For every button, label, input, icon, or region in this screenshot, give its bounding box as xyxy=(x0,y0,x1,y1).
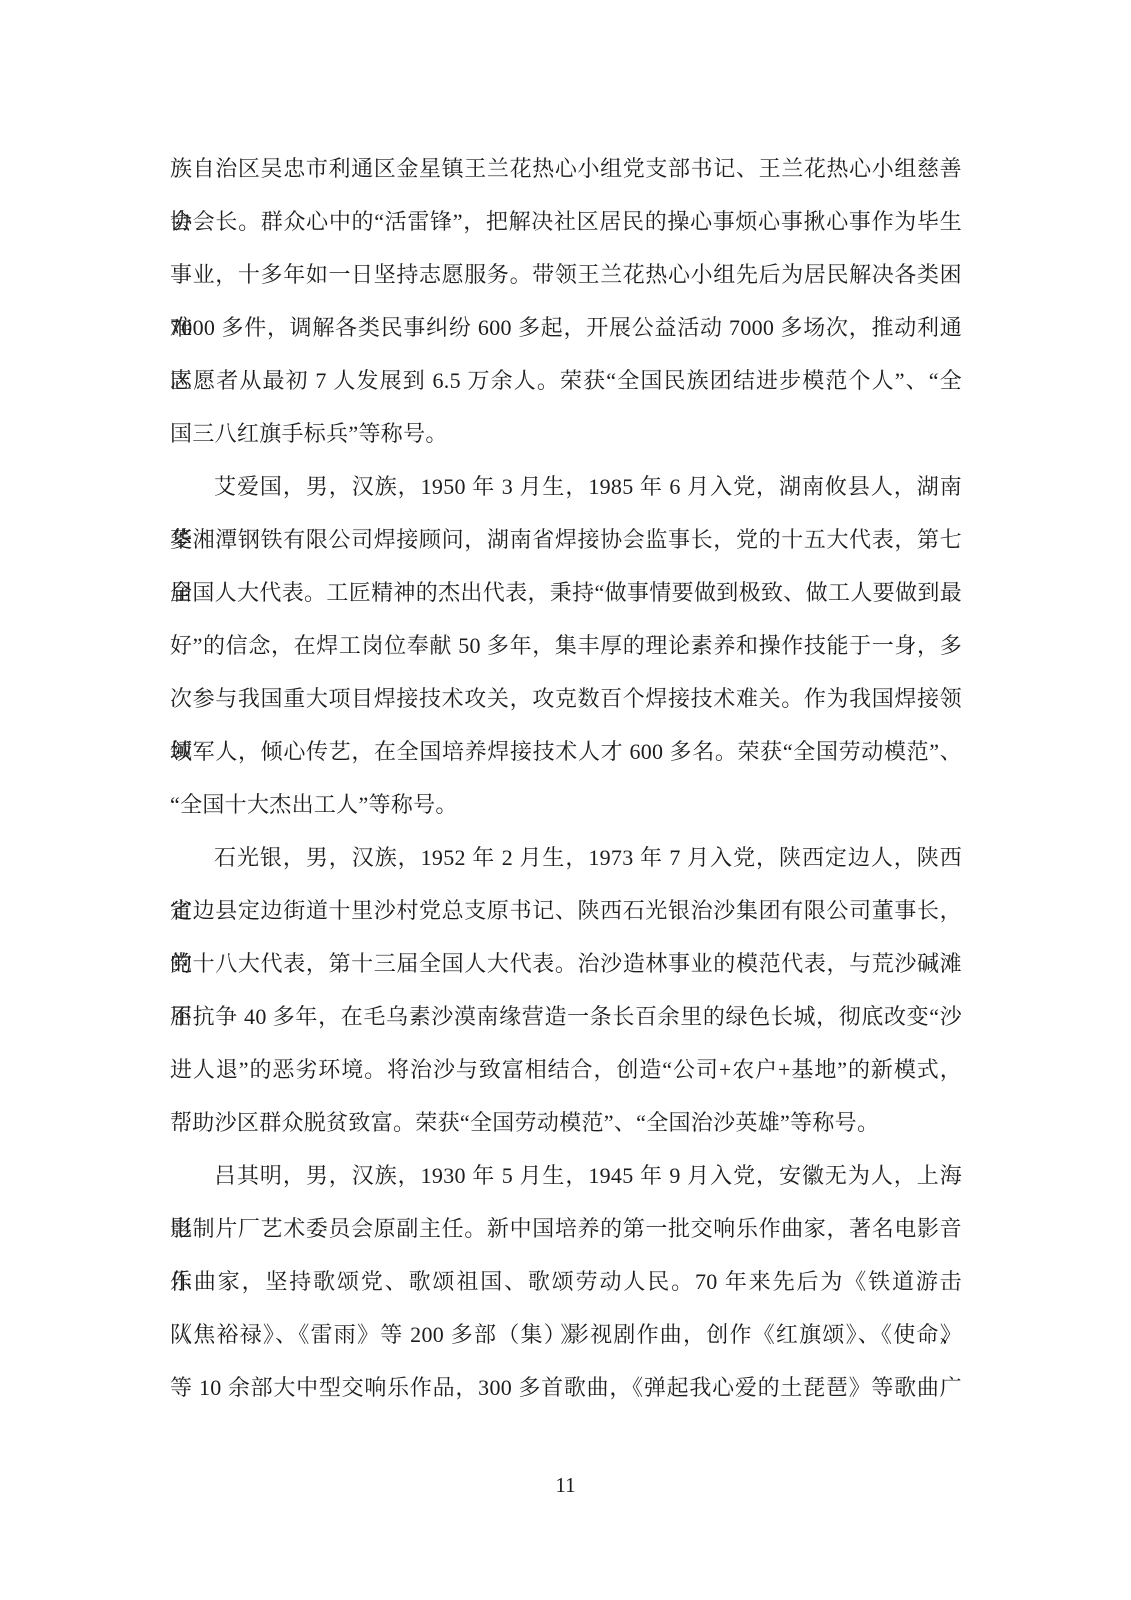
text-line: 志愿者从最初 7 人发展到 6.5 万余人。荣获“全国民族团结进步模范个人”、“… xyxy=(170,354,962,407)
text-line: 等 10 余部大中型交响乐作品，300 多首歌曲，《弹起我心爱的土琵琶》等歌曲广 xyxy=(170,1361,962,1414)
text-line: 国三八红旗手标兵”等称号。 xyxy=(170,407,962,460)
text-line: 影制片厂艺术委员会原副主任。新中国培养的第一批交响乐作曲家，著名电影音乐 xyxy=(170,1202,962,1255)
text-line: “全国十大杰出工人”等称号。 xyxy=(170,778,962,831)
page-number: 11 xyxy=(0,1472,1131,1498)
text-line: 吕其明，男，汉族，1930 年 5 月生，1945 年 9 月入党，安徽无为人，… xyxy=(170,1149,962,1202)
paragraph: 石光银，男，汉族，1952 年 2 月生，1973 年 7 月入党，陕西定边人，… xyxy=(170,831,962,1149)
document-body: 族自治区吴忠市利通区金星镇王兰花热心小组党支部书记、王兰花热心小组慈善协会会长。… xyxy=(170,142,962,1414)
text-line: 事业，十多年如一日坚持志愿服务。带领王兰花热心小组先后为居民解决各类困难 xyxy=(170,248,962,301)
text-line: 菱湘潭钢铁有限公司焊接顾问，湖南省焊接协会监事长，党的十五大代表，第七届 xyxy=(170,513,962,566)
paragraph: 族自治区吴忠市利通区金星镇王兰花热心小组党支部书记、王兰花热心小组慈善协会会长。… xyxy=(170,142,962,460)
paragraph: 艾爱国，男，汉族，1950 年 3 月生，1985 年 6 月入党，湖南攸县人，… xyxy=(170,460,962,831)
text-line: 领军人，倾心传艺，在全国培养焊接技术人才 600 多名。荣获“全国劳动模范”、 xyxy=(170,725,962,778)
text-line: 次参与我国重大项目焊接技术攻关，攻克数百个焊接技术难关。作为我国焊接领域 xyxy=(170,672,962,725)
text-line: 好”的信念，在焊工岗位奉献 50 多年，集丰厚的理论素养和操作技能于一身，多 xyxy=(170,619,962,672)
text-line: 帮助沙区群众脱贫致富。荣获“全国劳动模范”、“全国治沙英雄”等称号。 xyxy=(170,1096,962,1149)
text-line: 7000 多件，调解各类民事纠纷 600 多起，开展公益活动 7000 多场次，… xyxy=(170,301,962,354)
text-line: 族自治区吴忠市利通区金星镇王兰花热心小组党支部书记、王兰花热心小组慈善协 xyxy=(170,142,962,195)
document-page: 族自治区吴忠市利通区金星镇王兰花热心小组党支部书记、王兰花热心小组慈善协会会长。… xyxy=(0,0,1131,1600)
text-line: 《焦裕禄》、《雷雨》等 200 多部（集）影视剧作曲，创作《红旗颂》、《使命》 xyxy=(170,1308,962,1361)
paragraph: 吕其明，男，汉族，1930 年 5 月生，1945 年 9 月入党，安徽无为人，… xyxy=(170,1149,962,1414)
text-line: 的十八大代表，第十三届全国人大代表。治沙造林事业的模范代表，与荒沙碱滩不 xyxy=(170,937,962,990)
text-line: 作曲家，坚持歌颂党、歌颂祖国、歌颂劳动人民。70 年来先后为《铁道游击队》、 xyxy=(170,1255,962,1308)
text-line: 定边县定边街道十里沙村党总支原书记、陕西石光银治沙集团有限公司董事长，党 xyxy=(170,884,962,937)
text-line: 全国人大代表。工匠精神的杰出代表，秉持“做事情要做到极致、做工人要做到最 xyxy=(170,566,962,619)
text-line: 会会长。群众心中的“活雷锋”，把解决社区居民的操心事烦心事揪心事作为毕生 xyxy=(170,195,962,248)
text-line: 屈抗争 40 多年，在毛乌素沙漠南缘营造一条长百余里的绿色长城，彻底改变“沙 xyxy=(170,990,962,1043)
text-line: 艾爱国，男，汉族，1950 年 3 月生，1985 年 6 月入党，湖南攸县人，… xyxy=(170,460,962,513)
text-line: 进人退”的恶劣环境。将治沙与致富相结合，创造“公司+农户+基地”的新模式， xyxy=(170,1043,962,1096)
text-line: 石光银，男，汉族，1952 年 2 月生，1973 年 7 月入党，陕西定边人，… xyxy=(170,831,962,884)
